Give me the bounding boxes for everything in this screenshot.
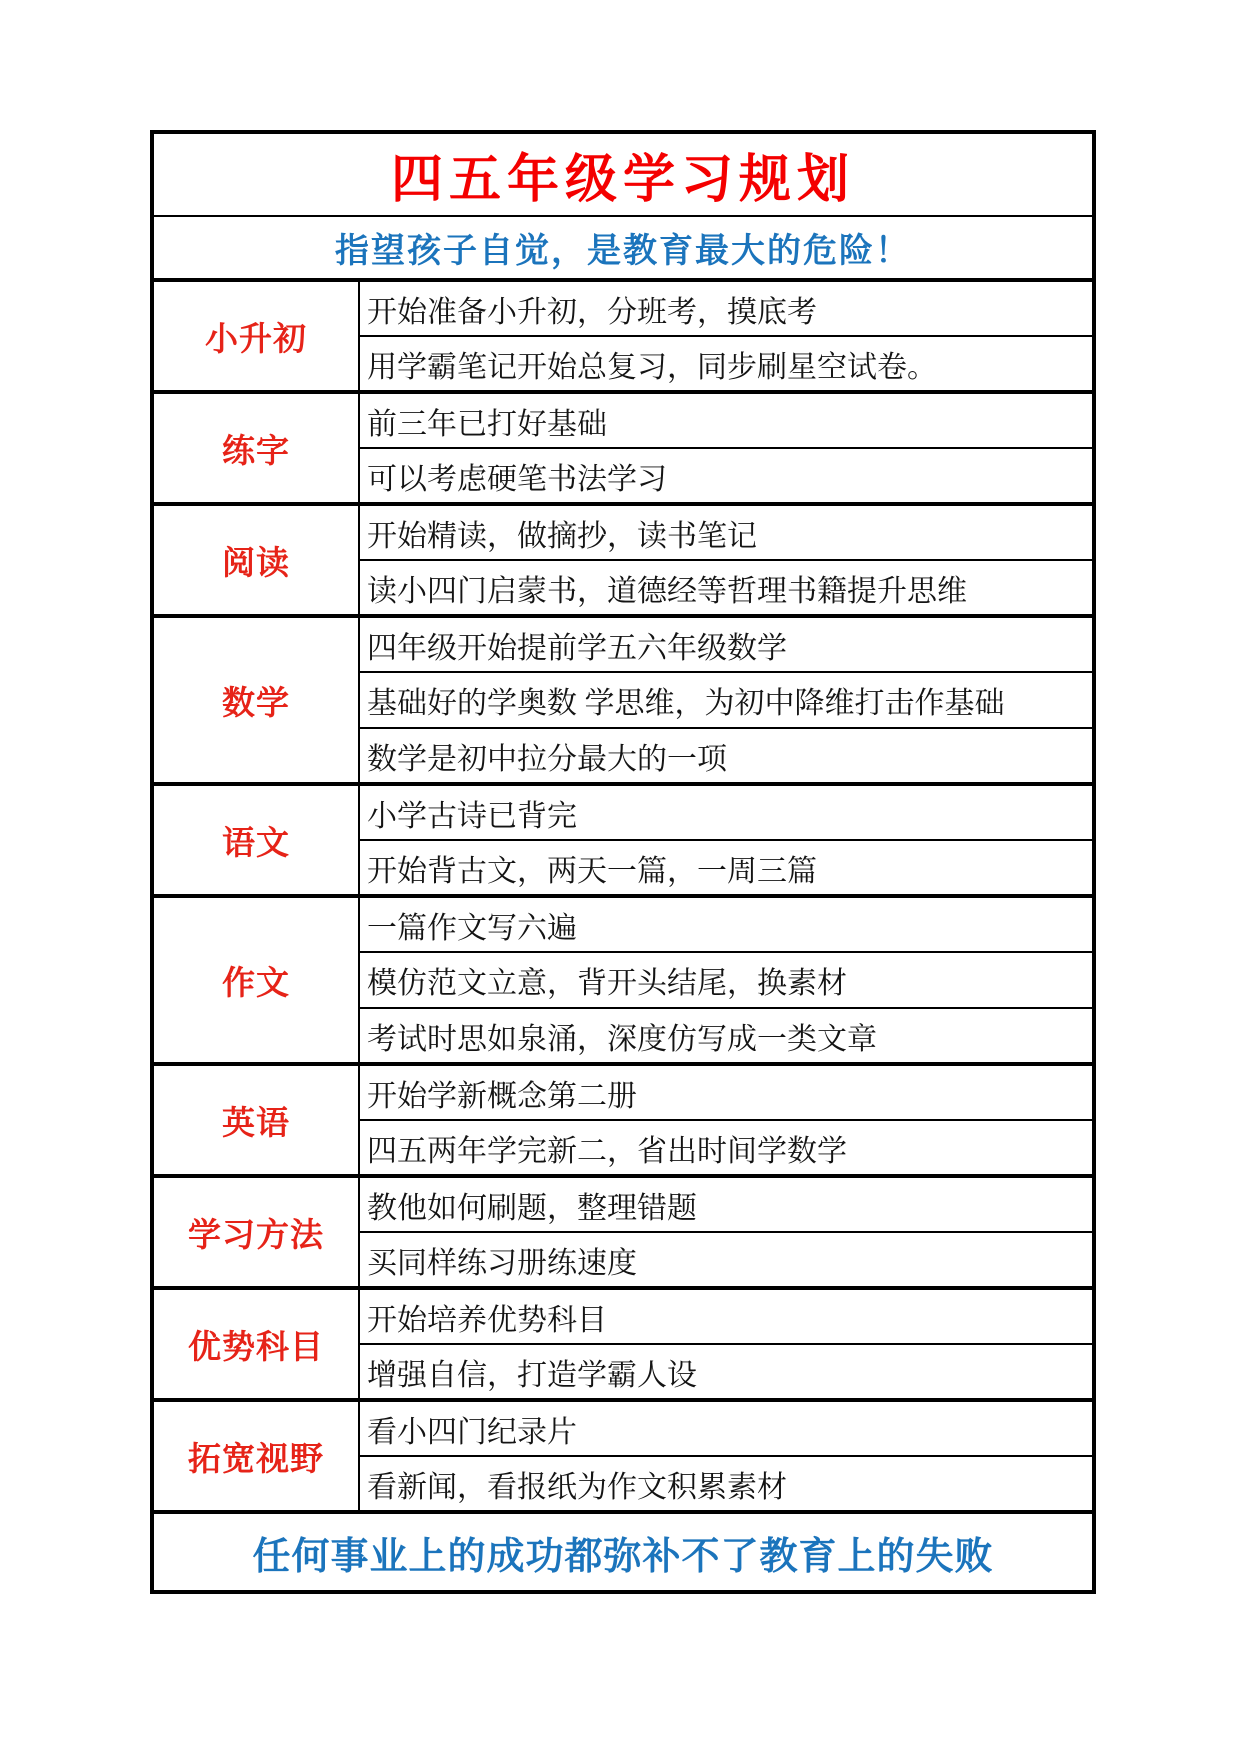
item-cell: 可以考虑硬笔书法学习 [359, 448, 1094, 504]
page-title: 四五年级学习规划 [152, 132, 1094, 216]
item-cell: 四年级开始提前学五六年级数学 [359, 616, 1094, 672]
item-cell: 开始背古文，两天一篇，一周三篇 [359, 840, 1094, 896]
item-cell: 一篇作文写六遍 [359, 896, 1094, 952]
item-cell: 考试时思如泉涌，深度仿写成一类文章 [359, 1008, 1094, 1064]
table-row: 数学 四年级开始提前学五六年级数学 [152, 616, 1094, 672]
table-row: 小升初 开始准备小升初，分班考，摸底考 [152, 280, 1094, 336]
study-plan-sheet: 四五年级学习规划 指望孩子自觉，是教育最大的危险！ 小升初 开始准备小升初，分班… [150, 130, 1092, 1594]
item-cell: 四五两年学完新二，省出时间学数学 [359, 1120, 1094, 1176]
table-row: 英语 开始学新概念第二册 [152, 1064, 1094, 1120]
study-plan-table: 四五年级学习规划 指望孩子自觉，是教育最大的危险！ 小升初 开始准备小升初，分班… [150, 130, 1096, 1594]
item-cell: 教他如何刷题，整理错题 [359, 1176, 1094, 1232]
item-cell: 用学霸笔记开始总复习，同步刷星空试卷。 [359, 336, 1094, 392]
item-cell: 开始精读，做摘抄，读书笔记 [359, 504, 1094, 560]
category-label: 阅读 [152, 504, 359, 616]
category-label: 小升初 [152, 280, 359, 392]
item-cell: 增强自信，打造学霸人设 [359, 1344, 1094, 1400]
item-cell: 开始准备小升初，分班考，摸底考 [359, 280, 1094, 336]
table-row: 语文 小学古诗已背完 [152, 784, 1094, 840]
item-cell: 读小四门启蒙书，道德经等哲理书籍提升思维 [359, 560, 1094, 616]
category-label: 作文 [152, 896, 359, 1064]
category-label: 语文 [152, 784, 359, 896]
category-label: 学习方法 [152, 1176, 359, 1288]
category-label: 练字 [152, 392, 359, 504]
category-label: 英语 [152, 1064, 359, 1176]
item-cell: 看新闻，看报纸为作文积累素材 [359, 1456, 1094, 1512]
item-cell: 模仿范文立意，背开头结尾，换素材 [359, 952, 1094, 1008]
table-row: 练字 前三年已打好基础 [152, 392, 1094, 448]
footer-row: 任何事业上的成功都弥补不了教育上的失败 [152, 1512, 1094, 1592]
item-cell: 小学古诗已背完 [359, 784, 1094, 840]
title-row: 四五年级学习规划 [152, 132, 1094, 216]
item-cell: 开始学新概念第二册 [359, 1064, 1094, 1120]
category-label: 优势科目 [152, 1288, 359, 1400]
table-row: 拓宽视野 看小四门纪录片 [152, 1400, 1094, 1456]
table-row: 优势科目 开始培养优势科目 [152, 1288, 1094, 1344]
subtitle-row: 指望孩子自觉，是教育最大的危险！ [152, 216, 1094, 280]
table-row: 作文 一篇作文写六遍 [152, 896, 1094, 952]
page-subtitle: 指望孩子自觉，是教育最大的危险！ [152, 216, 1094, 280]
page-footer: 任何事业上的成功都弥补不了教育上的失败 [152, 1512, 1094, 1592]
item-cell: 开始培养优势科目 [359, 1288, 1094, 1344]
item-cell: 买同样练习册练速度 [359, 1232, 1094, 1288]
table-row: 阅读 开始精读，做摘抄，读书笔记 [152, 504, 1094, 560]
item-cell: 看小四门纪录片 [359, 1400, 1094, 1456]
table-row: 学习方法 教他如何刷题，整理错题 [152, 1176, 1094, 1232]
item-cell: 基础好的学奥数 学思维，为初中降维打击作基础 [359, 672, 1094, 728]
category-label: 拓宽视野 [152, 1400, 359, 1512]
category-label: 数学 [152, 616, 359, 784]
item-cell: 数学是初中拉分最大的一项 [359, 728, 1094, 784]
item-cell: 前三年已打好基础 [359, 392, 1094, 448]
